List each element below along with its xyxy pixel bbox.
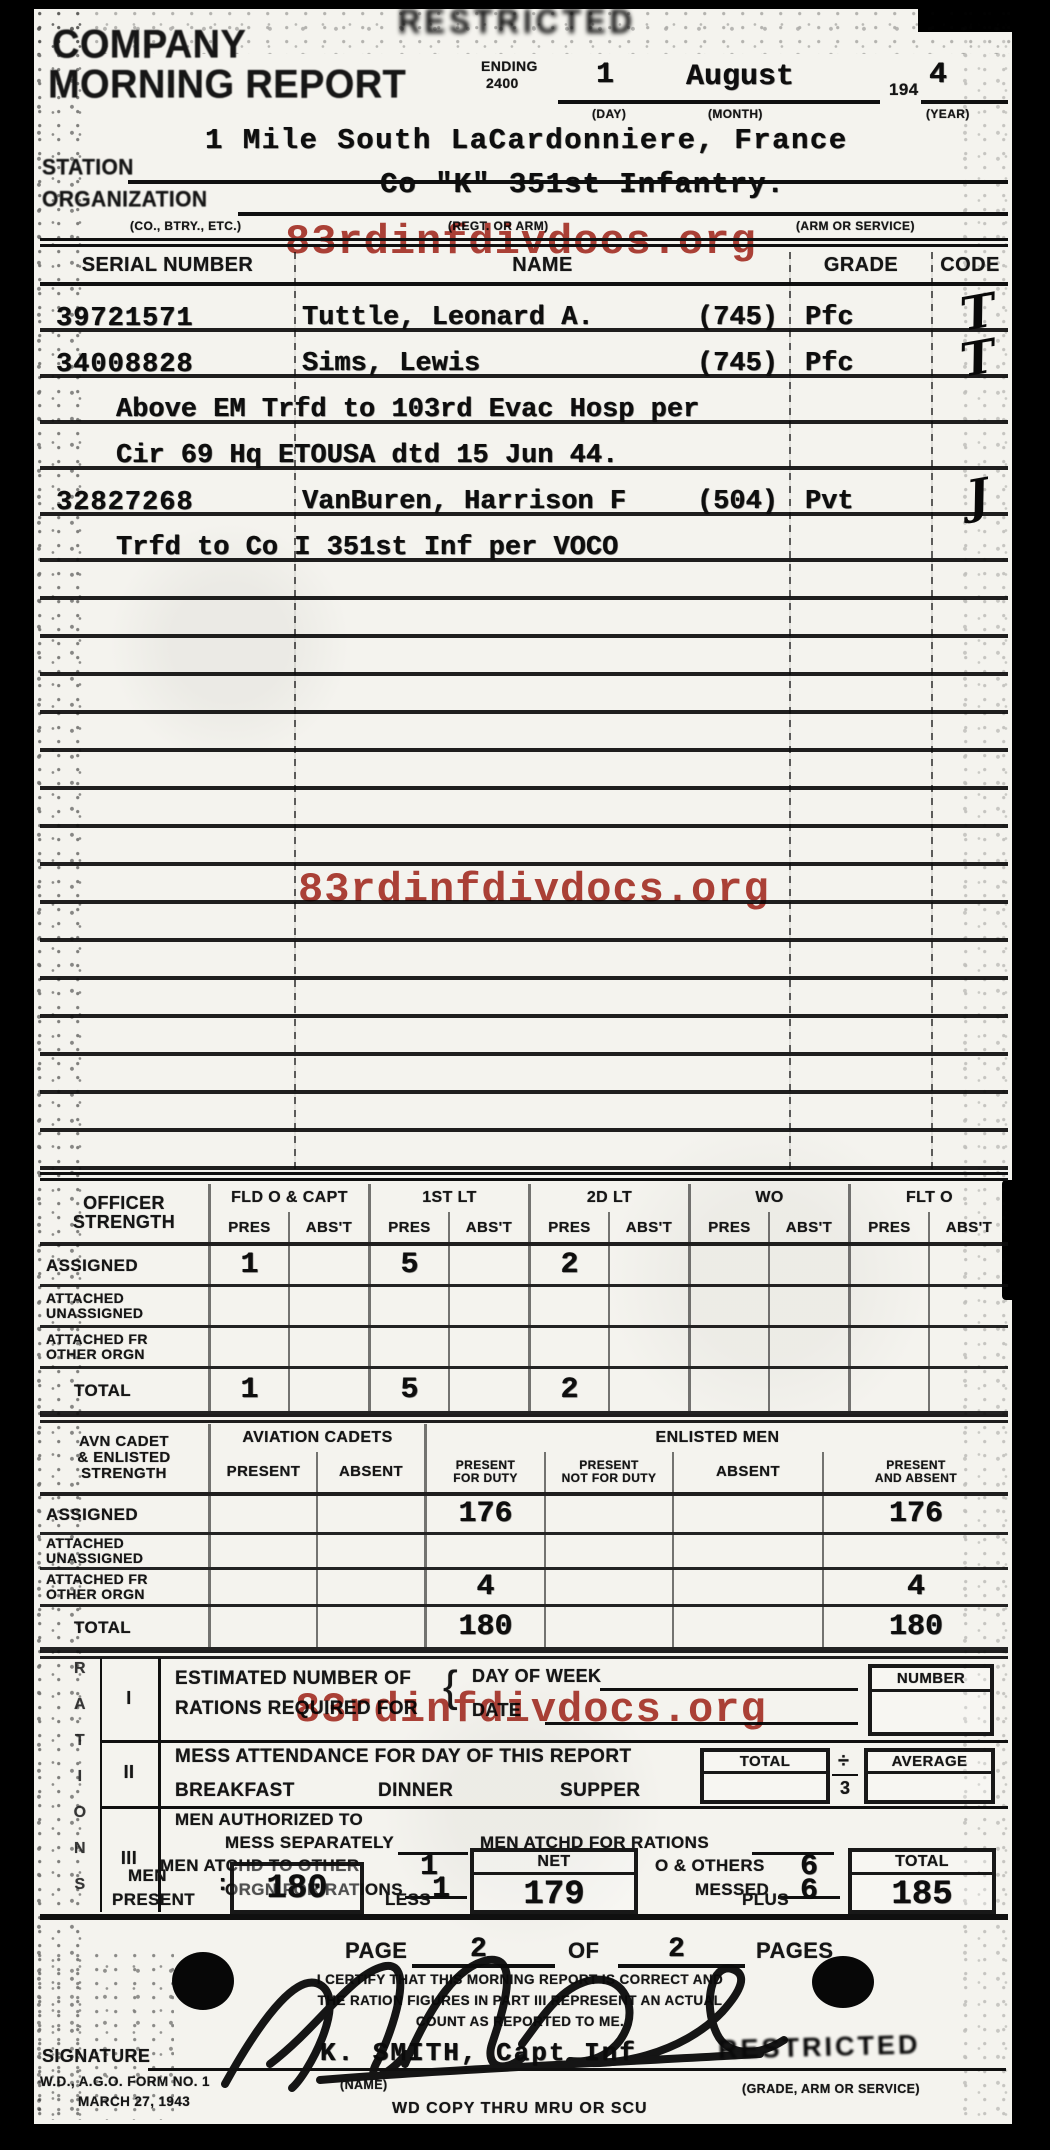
roster-grade: Pfc	[805, 349, 854, 379]
officer-value-cell: 5	[368, 1369, 448, 1411]
plus-value: 6	[800, 1874, 818, 1908]
officer-subcol-pres: PRES	[848, 1212, 928, 1242]
men-present-value: 180	[234, 1870, 360, 1908]
roster-spec-number: (745)	[697, 349, 778, 379]
officer-value-cell	[368, 1287, 448, 1325]
less-value: 1	[432, 1872, 450, 1906]
year-caption: (YEAR)	[926, 107, 970, 121]
roster-row: 32827268VanBuren, Harrison F(504)PvtJ	[40, 470, 1008, 516]
grade-caption: (GRADE, ARM OR SERVICE)	[742, 2082, 920, 2096]
officer-value-cell	[928, 1369, 1008, 1411]
cadet-value-cell	[208, 1496, 316, 1532]
officer-strength-row-header: OFFICERSTRENGTH	[40, 1184, 208, 1242]
roster-name-text: Sims, Lewis	[302, 349, 480, 379]
officer-group-row: FLD O & CAPT1ST LT2D LTWOFLT O	[208, 1184, 1008, 1212]
station-label: STATION	[42, 155, 134, 180]
roster-grade: Pvt	[805, 487, 854, 517]
cadet-row-attached-unassigned: ATTACHEDUNASSIGNED	[40, 1535, 1008, 1570]
cadet-value-cell: 4	[822, 1570, 1008, 1604]
form-title-line1: COMPANY	[52, 23, 246, 69]
officer-value-cell	[848, 1246, 928, 1284]
officer-subcol-abst: ABS'T	[608, 1212, 688, 1242]
organization-value: Co "K" 351st Infantry.	[380, 168, 785, 201]
org-sub-label-3: (ARM OR SERVICE)	[796, 219, 915, 233]
copy-note: WD COPY THRU MRU OR SCU	[392, 2100, 648, 2118]
officer-subcol-pres: PRES	[208, 1212, 288, 1242]
cadet-subcol-row: PRESENTABSENTPRESENTFOR DUTYPRESENTNOT F…	[208, 1452, 1008, 1492]
grand-total-value: 185	[852, 1876, 992, 1914]
watermark-rations: 83rdinfdivdocs.org	[295, 1686, 767, 1734]
officer-value-cell: 2	[528, 1246, 608, 1284]
roster-name: Sims, Lewis(745)	[302, 349, 778, 379]
group-aviation-cadets: AVIATION CADETS	[208, 1424, 424, 1452]
officer-value-cell	[528, 1328, 608, 1366]
officer-value-cell	[848, 1369, 928, 1411]
roster-empty-row	[40, 942, 1008, 980]
cadet-value-cell	[316, 1496, 424, 1532]
cadet-value-cell	[316, 1535, 424, 1567]
officer-value-cell	[848, 1287, 928, 1325]
roster-row: Trfd to Co I 351st Inf per VOCO	[40, 516, 1008, 562]
officer-value-cell: 5	[368, 1246, 448, 1284]
officer-value-cell	[208, 1328, 288, 1366]
officer-value-cell	[768, 1369, 848, 1411]
watermark-middle: 83rdinfdivdocs.org	[298, 866, 770, 914]
officer-value-cell	[688, 1369, 768, 1411]
others-line1: O & OTHERS	[655, 1856, 765, 1876]
cadet-value-cell	[672, 1570, 822, 1604]
officer-value-cell	[928, 1328, 1008, 1366]
roster-empty-row	[40, 714, 1008, 752]
rations-letter: R	[70, 1660, 90, 1696]
cadet-subcol-0: PRESENT	[208, 1452, 316, 1492]
cadet-row-assigned: ASSIGNED176176	[40, 1496, 1008, 1535]
month-value: August	[686, 60, 794, 94]
officer-value-cell	[688, 1287, 768, 1325]
roster-note-text: Cir 69 Hq ETOUSA dtd 15 Jun 44.	[116, 441, 618, 471]
officer-value-cell	[208, 1287, 288, 1325]
roster-empty-row	[40, 1018, 1008, 1056]
roster-empty-row	[40, 562, 1008, 600]
atchd-for-rations-underline	[752, 1852, 834, 1855]
org-sub-label-1: (CO., BTRY., ETC.)	[130, 219, 241, 233]
meal-dinner: DINNER	[378, 1780, 453, 1802]
cadet-value-cell	[316, 1570, 424, 1604]
punch-hole-right	[812, 1956, 874, 2008]
roster-row: Cir 69 Hq ETOUSA dtd 15 Jun 44.	[40, 424, 1008, 470]
cadet-group-row: AVIATION CADETSENLISTED MEN	[208, 1424, 1008, 1452]
cadet-value-cell	[672, 1496, 822, 1532]
officer-value-cell	[608, 1328, 688, 1366]
roster-serial: 32827268	[56, 488, 194, 518]
cadet-value-cell	[672, 1535, 822, 1567]
men-label: MEN	[128, 1866, 167, 1886]
mess-total-box: TOTAL	[700, 1748, 830, 1804]
cadet-subcol-3: PRESENTNOT FOR DUTY	[544, 1452, 672, 1492]
net-label: NET	[474, 1852, 634, 1875]
rations-letter: O	[70, 1804, 90, 1840]
rations-letter: T	[70, 1732, 90, 1768]
form-date: MARCH 27, 1943	[78, 2094, 190, 2109]
roster-empty-row	[40, 600, 1008, 638]
roster-spec-number: (504)	[697, 487, 778, 517]
roster-empty-row	[40, 980, 1008, 1018]
day-caption: (DAY)	[592, 107, 626, 121]
col-header-grade: GRADE	[790, 254, 932, 277]
officer-value-cell	[768, 1328, 848, 1366]
cadet-value-cell: 4	[424, 1570, 544, 1604]
divisor: 3	[840, 1778, 850, 1799]
ending-label: ENDING	[481, 58, 538, 74]
cadet-value-cell	[424, 1535, 544, 1567]
officer-subcol-pres: PRES	[528, 1212, 608, 1242]
average-box: AVERAGE	[864, 1748, 995, 1804]
roster-note-text: Above EM Trfd to 103rd Evac Hosp per	[116, 395, 699, 425]
rations-letter: A	[70, 1696, 90, 1732]
roster-name: Tuttle, Leonard A.(745)	[302, 303, 778, 333]
officer-value-cell	[368, 1328, 448, 1366]
roster-name-text: VanBuren, Harrison F	[302, 487, 626, 517]
day-month-underline	[558, 100, 880, 104]
organization-underline	[238, 212, 1008, 216]
cadet-row-label: TOTAL	[40, 1607, 208, 1647]
station-value: 1 Mile South LaCardonniere, France	[205, 124, 848, 157]
double-rule-a	[40, 238, 1008, 241]
officer-subcol-abst: ABS'T	[448, 1212, 528, 1242]
signature-line	[148, 2068, 1006, 2071]
double-rule-b	[40, 244, 1008, 247]
present-label: PRESENT	[112, 1890, 195, 1910]
officer-value-cell	[608, 1287, 688, 1325]
form-number: W.D., A.G.O. FORM NO. 1	[40, 2074, 210, 2089]
officer-value-cell	[768, 1287, 848, 1325]
col-header-serial: SERIAL NUMBER	[40, 254, 295, 277]
roster-empty-row	[40, 828, 1008, 866]
ending-time: 2400	[486, 75, 519, 91]
roster-code-mark: T	[958, 289, 999, 334]
rations-letter: I	[70, 1768, 90, 1804]
scan-edge-right	[1012, 0, 1050, 2150]
officer-value-cell	[608, 1369, 688, 1411]
roster-empty-row	[40, 1132, 1008, 1170]
col-header-code: CODE	[932, 254, 1008, 277]
form-title-line2: MORNING REPORT	[48, 63, 406, 109]
roster-row: Above EM Trfd to 103rd Evac Hosp per	[40, 378, 1008, 424]
officer-subcol-pres: PRES	[688, 1212, 768, 1242]
signature-label: SIGNATURE	[42, 2046, 150, 2067]
roster-empty-row	[40, 676, 1008, 714]
officer-subcol-abst: ABS'T	[928, 1212, 1008, 1242]
officer-value-cell	[848, 1328, 928, 1366]
net-value: 179	[474, 1876, 634, 1914]
restricted-stamp-top: RESTRICTED	[398, 2, 658, 42]
roster-code: T	[940, 292, 1016, 332]
men-present-box: 180	[230, 1862, 364, 1914]
officer-subcol-row: PRESABS'TPRESABS'TPRESABS'TPRESABS'TPRES…	[208, 1212, 1008, 1242]
year-value: 4	[929, 58, 947, 92]
authorized-line2: MESS SEPARATELY	[225, 1833, 394, 1853]
roster-body: 39721571Tuttle, Leonard A.(745)PfcT34008…	[40, 286, 1008, 1170]
number-box: NUMBER	[868, 1664, 994, 1736]
officer-subcol-abst: ABS'T	[288, 1212, 368, 1242]
officer-group-wo: WO	[688, 1184, 848, 1212]
officer-value-cell	[288, 1369, 368, 1411]
cadet-value-cell	[544, 1535, 672, 1567]
officer-value-cell	[448, 1369, 528, 1411]
roster-row: 39721571Tuttle, Leonard A.(745)PfcT	[40, 286, 1008, 332]
officer-value-cell: 1	[208, 1369, 288, 1411]
cadet-row-label: ATTACHEDUNASSIGNED	[40, 1535, 208, 1567]
cadet-value-cell	[544, 1496, 672, 1532]
scan-edge-bottom	[0, 2124, 1050, 2150]
cadet-value-cell: 176	[822, 1496, 1008, 1532]
rations-rule-1	[100, 1740, 1008, 1743]
officer-value-cell	[288, 1246, 368, 1284]
cadet-value-cell: 180	[822, 1607, 1008, 1647]
plus-label: PLUS	[742, 1890, 789, 1910]
officer-group-flt-o: FLT O	[848, 1184, 1008, 1212]
cadet-value-cell	[208, 1535, 316, 1567]
organization-label: ORGANIZATION	[42, 187, 207, 212]
number-box-label: NUMBER	[872, 1668, 990, 1692]
roster-code-mark: T	[958, 335, 999, 380]
roster-empty-row	[40, 790, 1008, 828]
mess-attendance-title: MESS ATTENDANCE FOR DAY OF THIS REPORT	[175, 1746, 631, 1768]
divide-sign: ÷	[838, 1750, 849, 1773]
officer-row-label: TOTAL	[40, 1369, 208, 1411]
cadet-value-cell	[672, 1607, 822, 1647]
officer-value-cell	[768, 1246, 848, 1284]
officer-value-cell	[608, 1246, 688, 1284]
cadet-subcol-5: PRESENTAND ABSENT	[822, 1452, 1008, 1492]
officer-value-cell	[448, 1246, 528, 1284]
officer-row-attached-unassigned: ATTACHEDUNASSIGNED	[40, 1287, 1008, 1328]
officer-value-cell	[528, 1287, 608, 1325]
roster-serial: 34008828	[56, 350, 194, 380]
cadet-enlisted-table: AVN CADET& ENLISTEDSTRENGTHAVIATION CADE…	[40, 1424, 1008, 1659]
year-underline	[921, 100, 1008, 104]
rations-letter: N	[70, 1840, 90, 1876]
officer-group-fld-o-capt: FLD O & CAPT	[208, 1184, 368, 1212]
officer-row-attached-fr-other-orgn: ATTACHED FROTHER ORGN	[40, 1328, 1008, 1369]
day-value: 1	[596, 58, 614, 92]
cadet-strength-row-header: AVN CADET& ENLISTEDSTRENGTH	[40, 1424, 208, 1492]
roster-code-mark: J	[964, 474, 992, 517]
officer-value-cell: 1	[208, 1246, 288, 1284]
cadet-table-header: AVN CADET& ENLISTEDSTRENGTHAVIATION CADE…	[40, 1424, 1008, 1492]
grand-total-label: TOTAL	[852, 1852, 992, 1875]
roster-name-text: Tuttle, Leonard A.	[302, 303, 594, 333]
officer-subcol-abst: ABS'T	[768, 1212, 848, 1242]
officer-row-label: ATTACHEDUNASSIGNED	[40, 1287, 208, 1325]
cadet-value-cell: 176	[424, 1496, 544, 1532]
divide-bar	[832, 1774, 858, 1776]
cadet-value-cell	[208, 1607, 316, 1647]
officer-row-label: ASSIGNED	[40, 1246, 208, 1284]
cadet-subcol-4: ABSENT	[672, 1452, 822, 1492]
roster-grade: Pfc	[805, 303, 854, 333]
section-numeral-1: I	[100, 1688, 158, 1709]
cadet-value-cell	[544, 1607, 672, 1647]
cadet-row-total: TOTAL180180	[40, 1607, 1008, 1650]
officer-row-assigned: ASSIGNED152	[40, 1246, 1008, 1287]
roster-name: VanBuren, Harrison F(504)	[302, 487, 778, 517]
officer-group-2d-lt: 2D LT	[528, 1184, 688, 1212]
officer-value-cell	[448, 1328, 528, 1366]
officer-value-cell	[928, 1246, 1008, 1284]
officer-row-total: TOTAL152	[40, 1369, 1008, 1414]
cadet-value-cell	[544, 1570, 672, 1604]
officer-value-cell	[288, 1328, 368, 1366]
roster-empty-row	[40, 638, 1008, 676]
roster-code: T	[940, 338, 1016, 378]
cadet-value-cell	[208, 1570, 316, 1604]
roster-spec-number: (745)	[697, 303, 778, 333]
roster-empty-row	[40, 1094, 1008, 1132]
cadet-subcol-2: PRESENTFOR DUTY	[424, 1452, 544, 1492]
month-caption: (MONTH)	[708, 107, 763, 121]
morning-report-scan: RESTRICTED COMPANY MORNING REPORT ENDING…	[0, 0, 1050, 2150]
name-caption: (NAME)	[340, 2078, 388, 2092]
roster-empty-row	[40, 752, 1008, 790]
meal-supper: SUPPER	[560, 1780, 641, 1802]
year-prefix: 194	[889, 80, 919, 100]
officer-value-cell	[928, 1287, 1008, 1325]
meal-breakfast: BREAKFAST	[175, 1780, 295, 1802]
officer-value-cell	[688, 1328, 768, 1366]
officer-value-cell	[688, 1246, 768, 1284]
mess-total-label: TOTAL	[704, 1752, 826, 1774]
rations-bottom-rule	[40, 1914, 1008, 1920]
less-label: LESS	[385, 1890, 431, 1910]
cadet-subcol-1: ABSENT	[316, 1452, 424, 1492]
officer-strength-table: OFFICERSTRENGTHFLD O & CAPT1ST LT2D LTWO…	[40, 1184, 1008, 1423]
net-box: NET 179	[470, 1848, 638, 1914]
day-of-week-label: DAY OF WEEK	[472, 1666, 601, 1687]
officer-bottom-rule-b	[40, 1420, 1008, 1423]
grand-total-box: TOTAL 185	[848, 1848, 996, 1914]
col-header-name: NAME	[295, 254, 790, 277]
cadet-row-label: ATTACHED FROTHER ORGN	[40, 1570, 208, 1604]
officer-row-label: ATTACHED FROTHER ORGN	[40, 1328, 208, 1366]
scan-edge-left	[0, 0, 34, 2150]
officer-group-1st-lt: 1ST LT	[368, 1184, 528, 1212]
roster-note-text: Trfd to Co I 351st Inf per VOCO	[116, 533, 618, 563]
authorized-line1: MEN AUTHORIZED TO	[175, 1810, 363, 1830]
cadet-value-cell	[822, 1535, 1008, 1567]
officer-value-cell	[288, 1287, 368, 1325]
men-present-colon: :	[216, 1872, 229, 1897]
rations-rule-2	[100, 1806, 1008, 1809]
cadet-bottom-rule-b	[40, 1656, 1008, 1659]
roster-row: 34008828Sims, Lewis(745)PfcT	[40, 332, 1008, 378]
officer-value-cell: 2	[528, 1369, 608, 1411]
officer-rule-b	[40, 1178, 1008, 1181]
officer-value-cell	[448, 1287, 528, 1325]
officer-table-header: OFFICERSTRENGTHFLD O & CAPT1ST LT2D LTWO…	[40, 1184, 1008, 1242]
rations-letter: S	[70, 1876, 90, 1912]
average-label: AVERAGE	[868, 1752, 991, 1774]
officer-subcol-pres: PRES	[368, 1212, 448, 1242]
cadet-row-attached-fr-other-orgn: ATTACHED FROTHER ORGN44	[40, 1570, 1008, 1607]
roster-serial: 39721571	[56, 304, 194, 334]
roster-empty-row	[40, 1056, 1008, 1094]
cadet-value-cell	[316, 1607, 424, 1647]
rations-side-label: RATIONS	[70, 1660, 90, 1912]
cadet-row-label: ASSIGNED	[40, 1496, 208, 1532]
cadet-value-cell: 180	[424, 1607, 544, 1647]
section-numeral-2: II	[100, 1762, 158, 1783]
officer-rule-a	[40, 1172, 1008, 1175]
group-enlisted-men: ENLISTED MEN	[424, 1424, 1008, 1452]
roster-code: J	[940, 476, 1016, 516]
